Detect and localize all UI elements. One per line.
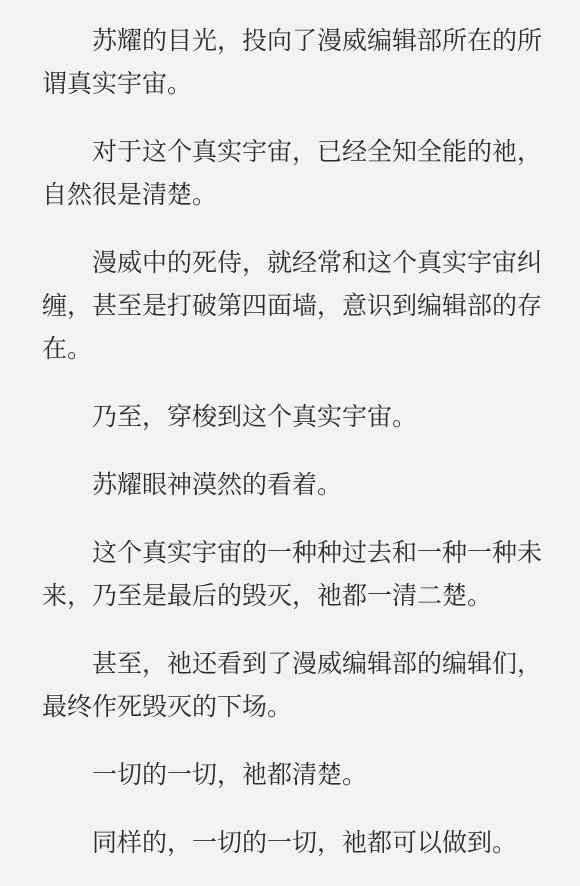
novel-paragraph: 苏耀眼神漠然的看着。 <box>42 464 542 507</box>
novel-paragraph: 乃至，穿梭到这个真实宇宙。 <box>42 396 542 439</box>
novel-paragraph: 苏耀的目光，投向了漫威编辑部所在的所谓真实宇宙。 <box>42 20 542 106</box>
novel-reader-page[interactable]: 苏耀的目光，投向了漫威编辑部所在的所谓真实宇宙。 对于这个真实宇宙，已经全知全能… <box>0 0 580 886</box>
novel-paragraph: 对于这个真实宇宙，已经全知全能的祂，自然很是清楚。 <box>42 131 542 217</box>
novel-paragraph: 漫威中的死侍，就经常和这个真实宇宙纠缠，甚至是打破第四面墙，意识到编辑部的存在。 <box>42 242 542 371</box>
novel-paragraph: 甚至，祂还看到了漫威编辑部的编辑们，最终作死毁灭的下场。 <box>42 643 542 729</box>
novel-paragraph: 同样的，一切的一切，祂都可以做到。 <box>42 822 542 865</box>
novel-paragraph: 这个真实宇宙的一种种过去和一种一种未来，乃至是最后的毁灭，祂都一清二楚。 <box>42 532 542 618</box>
novel-paragraph: 一切的一切，祂都清楚。 <box>42 754 542 797</box>
